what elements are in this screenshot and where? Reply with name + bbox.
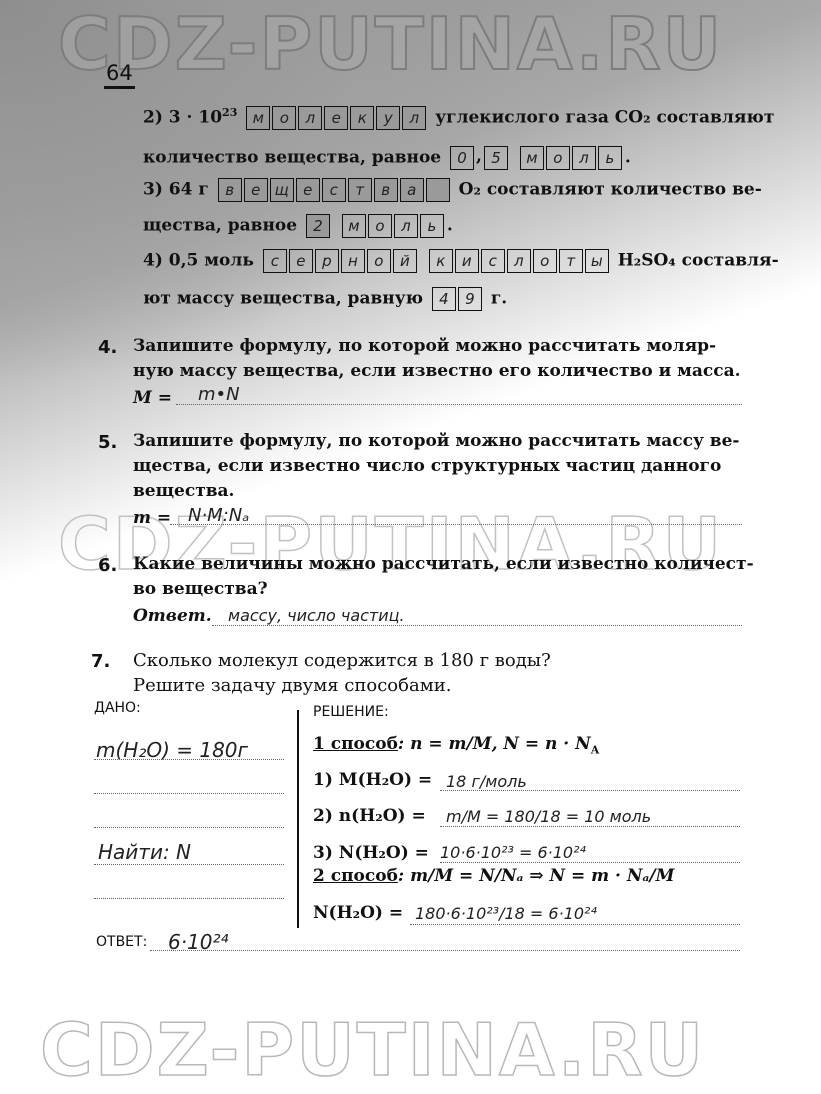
answer-label: ОТВЕТ:: [96, 934, 147, 950]
task5-answer-line: [170, 524, 742, 525]
method1-formula: 1 способ: n = m/M, N = n · NA: [313, 734, 599, 756]
letter-box[interactable]: и: [455, 249, 479, 273]
step4-handwritten: 180·6·10²³/18 = 6·10²⁴: [415, 904, 597, 923]
letter-box[interactable]: м: [342, 214, 366, 238]
letter-box[interactable]: м: [520, 146, 544, 170]
given-line-5: [94, 898, 284, 899]
step3-line: [440, 862, 740, 863]
given-line-4: [94, 864, 284, 865]
find-handwritten: Найти: N: [98, 840, 191, 864]
letter-box[interactable]: 0: [450, 146, 474, 170]
letter-box[interactable]: е: [324, 106, 348, 130]
task4-question: Запишите формулу, по которой можно рассч…: [133, 334, 741, 384]
letter-box[interactable]: с: [481, 249, 505, 273]
step2-handwritten: m/M = 180/18 = 10 моль: [446, 807, 651, 826]
step2-line: [440, 826, 740, 827]
letter-box[interactable]: л: [402, 106, 426, 130]
letter-box[interactable]: у: [376, 106, 400, 130]
step1-handwritten: 18 г/моль: [446, 772, 527, 791]
letter-box[interactable]: 2: [306, 214, 330, 238]
solution-label: РЕШЕНИЕ:: [313, 704, 389, 720]
letter-box[interactable]: о: [546, 146, 570, 170]
letter-box[interactable]: е: [296, 178, 320, 202]
answer-boxes-value: 49: [432, 287, 482, 311]
letter-box[interactable]: ы: [585, 249, 609, 273]
letter-box[interactable]: о: [533, 249, 557, 273]
watermark-bottom: CDZ-PUTINA.RU: [40, 1008, 705, 1092]
answer-boxes-word2: кислоты: [429, 249, 609, 273]
letter-box[interactable]: к: [429, 249, 453, 273]
answer-boxes-value: 2: [306, 214, 330, 238]
task3-item2-line2: количество вещества, равное 0,5 моль.: [143, 146, 631, 170]
task6-question: Какие величины можно рассчитать, если из…: [133, 552, 754, 602]
letter-box[interactable]: л: [572, 146, 596, 170]
step4-line: [410, 924, 740, 925]
letter-box[interactable]: ь: [420, 214, 444, 238]
page-number: 64: [104, 62, 135, 89]
watermark-top: CDZ-PUTINA.RU: [58, 2, 723, 86]
step4-label: N(H₂O) =: [313, 903, 403, 923]
letter-box[interactable]: о: [367, 249, 391, 273]
letter-box[interactable]: т: [559, 249, 583, 273]
given-line-3: [94, 827, 284, 828]
task4-answer-line: [176, 404, 742, 405]
letter-box[interactable]: м: [246, 106, 270, 130]
answer-boxes-unit: моль: [342, 214, 444, 238]
task3-item2-line1: 2) 3 · 1023 молекул углекислого газа CO₂…: [143, 106, 774, 130]
letter-box[interactable]: [426, 178, 450, 202]
task7-question: Сколько молекул содержится в 180 г воды?…: [133, 648, 551, 698]
task5-answer-handwritten: N·M:Nₐ: [188, 505, 249, 526]
answer-boxes-word1: серной: [263, 249, 417, 273]
letter-box[interactable]: о: [272, 106, 296, 130]
letter-box[interactable]: е: [244, 178, 268, 202]
task3-item3-line2: щества, равное 2 моль.: [143, 214, 453, 238]
letter-box[interactable]: с: [322, 178, 346, 202]
letter-box[interactable]: л: [298, 106, 322, 130]
answer-boxes-unit: моль: [520, 146, 622, 170]
letter-box[interactable]: а: [400, 178, 424, 202]
answer-boxes-substance: вещества: [218, 178, 450, 202]
letter-box[interactable]: н: [341, 249, 365, 273]
answer-boxes-value: 0,5: [450, 146, 508, 170]
given-solution-divider: [297, 710, 299, 928]
step2-label: 2) n(H₂O) =: [313, 806, 426, 826]
task6-answer-line: [212, 625, 742, 626]
answer-line: [150, 950, 740, 951]
task4-answer-label: M =: [133, 388, 172, 408]
task5-answer-label: m =: [133, 508, 171, 528]
task3-item4-line1: 4) 0,5 моль серной кислоты H₂SO₄ составл…: [143, 249, 779, 273]
letter-box[interactable]: 9: [458, 287, 482, 311]
method2-formula: 2 способ: m/M = N/Nₐ ⇒ N = m · Nₐ/M: [313, 866, 674, 886]
task4-number: 4.: [98, 337, 117, 358]
letter-box[interactable]: 4: [432, 287, 456, 311]
letter-box[interactable]: с: [263, 249, 287, 273]
decimal-comma: ,: [476, 146, 482, 170]
given-label: ДАНО:: [94, 700, 141, 716]
task5-question: Запишите формулу, по которой можно рассч…: [133, 429, 739, 504]
letter-box[interactable]: в: [218, 178, 242, 202]
letter-box[interactable]: ь: [598, 146, 622, 170]
letter-box[interactable]: т: [348, 178, 372, 202]
letter-box[interactable]: к: [350, 106, 374, 130]
given-line-2: [94, 793, 284, 794]
answer-boxes-molecules: молекул: [246, 106, 426, 130]
task3-item4-line2: ют массу вещества, равную 49 г.: [143, 287, 507, 311]
letter-box[interactable]: л: [394, 214, 418, 238]
letter-box[interactable]: р: [315, 249, 339, 273]
letter-box[interactable]: й: [393, 249, 417, 273]
letter-box[interactable]: о: [368, 214, 392, 238]
task4-answer-handwritten: m•N: [198, 384, 240, 405]
letter-box[interactable]: в: [374, 178, 398, 202]
letter-box[interactable]: е: [289, 249, 313, 273]
task5-number: 5.: [98, 432, 117, 453]
step1-label: 1) M(H₂O) =: [313, 770, 432, 790]
task6-answer-label: Ответ.: [133, 606, 212, 626]
task7-number: 7.: [91, 651, 110, 672]
task3-item3-line1: 3) 64 г вещества O₂ составляют количеств…: [143, 178, 762, 202]
given-line-1: [94, 759, 284, 760]
step3-handwritten: 10·6·10²³ = 6·10²⁴: [440, 843, 586, 862]
letter-box[interactable]: щ: [270, 178, 294, 202]
task6-number: 6.: [98, 555, 117, 576]
task6-answer-handwritten: массу, число частиц.: [228, 606, 405, 625]
letter-box[interactable]: л: [507, 249, 531, 273]
letter-box[interactable]: 5: [484, 146, 508, 170]
step1-line: [440, 790, 740, 791]
step3-label: 3) N(H₂O) =: [313, 843, 429, 863]
